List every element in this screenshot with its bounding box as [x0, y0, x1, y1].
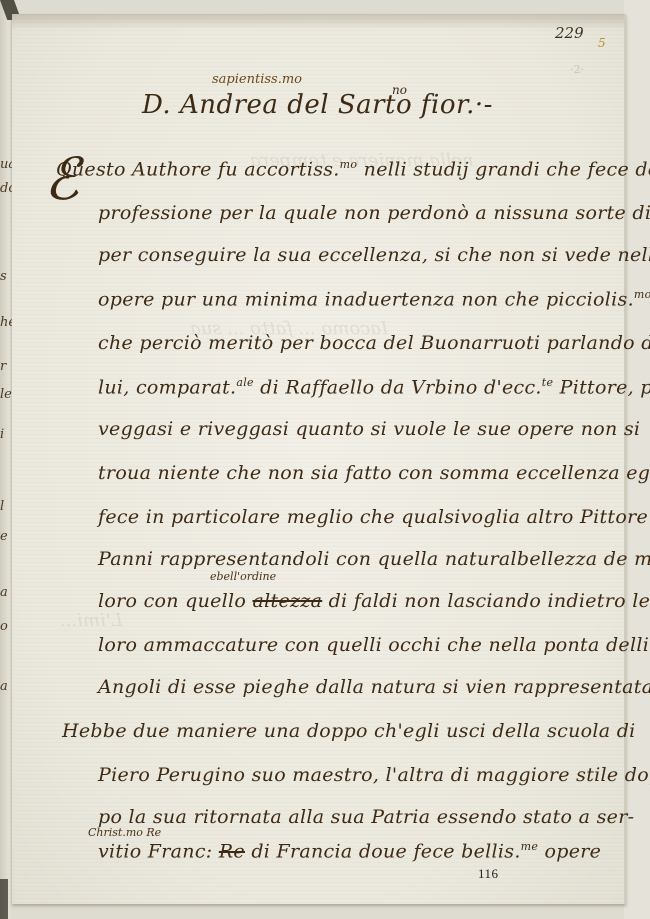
line-text: vitio Franc:	[98, 840, 212, 862]
line-text: lui, comparat.	[98, 376, 236, 398]
interlinear-insertion: Christ.mo Re	[88, 826, 161, 839]
line-text: opere	[538, 840, 601, 862]
text-line-8: troua niente che non sia fatto con somma…	[98, 462, 650, 484]
text-line-14: Hebbe due maniere una doppo ch'egli usci…	[62, 720, 636, 742]
text-line-16: po la sua ritornata alla sua Patria esse…	[98, 806, 634, 828]
line-text: opere pur una minima inaduertenza non ch…	[98, 288, 634, 310]
text-line-4: opere pur una minima inaduertenza non ch…	[98, 288, 650, 310]
text-line-3: per conseguire la sua eccellenza, si che…	[98, 244, 650, 266]
title-prefix: D.	[142, 90, 171, 120]
title-superscript: no	[392, 83, 407, 97]
margin-fragment: le	[0, 388, 12, 401]
line-text: fece in particolare meglio che qualsivog…	[98, 506, 650, 528]
margin-fragment: i	[0, 428, 4, 441]
text-line-10: Panni rappresentandoli con quella natura…	[98, 548, 650, 570]
line-text: Pittore, perche	[553, 376, 650, 398]
page-top-stain	[12, 14, 624, 30]
text-line-15: Piero Perugino suo maestro, l'altra di m…	[98, 764, 650, 786]
line-text: che perciò meritò per bocca del Buonarru…	[98, 332, 650, 354]
title-rest: del Sarto fior.	[287, 90, 475, 120]
text-line-7: veggasi e riveggasi quanto si vuole le s…	[98, 418, 640, 440]
margin-fragment: r	[0, 360, 6, 373]
line-text: troua niente che non sia fatto con somma…	[98, 462, 650, 484]
line-text: Panni rappresentandoli con quella natura…	[98, 548, 650, 570]
line-text: nelli studij grandi che fece della sua	[357, 158, 650, 180]
title-insertion: sapientiss.mo	[212, 72, 302, 87]
struck-word: Re	[219, 840, 245, 862]
line-text: di faldi non lasciando indietro le	[322, 590, 650, 612]
page-title: D. Andrea del Sarto fior.·-	[142, 90, 493, 120]
superscript: te	[542, 376, 554, 389]
text-line-1: Questo Authore fu accortiss.mo nelli stu…	[56, 158, 650, 180]
margin-fragment: o	[0, 620, 8, 633]
line-text: po la sua ritornata alla sua Patria esse…	[98, 806, 634, 828]
margin-fragment: e	[0, 530, 8, 543]
line-text: di Francia doue fece bellis.	[245, 840, 521, 862]
text-line-12: loro ammaccature con quelli occhi che ne…	[98, 634, 649, 656]
superscript: me	[521, 840, 539, 853]
text-line-6: lui, comparat.ale di Raffaello da Vrbino…	[98, 376, 650, 398]
bleed-through-text: L'imi...	[60, 610, 123, 631]
archive-stamp-number: 116	[478, 866, 499, 882]
line-text: professione per la quale non perdonò a n…	[98, 202, 650, 224]
text-line-17: vitio Franc: Re di Francia doue fece bel…	[98, 840, 601, 862]
margin-fragment: a	[0, 680, 8, 693]
text-line-11: loro con quello altezza di faldi non las…	[98, 590, 650, 612]
line-text: Piero Perugino suo maestro, l'altra di m…	[98, 764, 650, 786]
manuscript-scan: ua do s he r le i l e a o a nella manier…	[0, 0, 650, 919]
line-text: loro con quello	[98, 590, 246, 612]
interlinear-insertion: ebell'ordine	[210, 570, 276, 583]
title-suffix: ·-	[475, 90, 493, 120]
title-name: Andrea	[180, 90, 278, 120]
line-text: Questo Authore fu accortiss.	[56, 158, 340, 180]
text-line-5: che perciò meritò per bocca del Buonarru…	[98, 332, 650, 354]
margin-fragment: l	[0, 500, 4, 513]
line-text: per conseguire la sua eccellenza, si che…	[98, 244, 650, 266]
line-text: veggasi e riveggasi quanto si vuole le s…	[98, 418, 640, 440]
text-line-9: fece in particolare meglio che qualsivog…	[98, 506, 650, 528]
binding-shadow-bottom	[0, 879, 8, 919]
folio-alt-mark: 5	[598, 36, 606, 50]
superscript: ale	[236, 376, 254, 389]
struck-word: altezza	[253, 590, 323, 612]
superscript: mo	[340, 158, 358, 171]
line-text: Angoli di esse pieghe dalla natura si vi…	[98, 676, 650, 698]
text-line-2: professione per la quale non perdonò a n…	[98, 202, 650, 224]
superscript: mo	[634, 288, 650, 301]
margin-fragment: s	[0, 270, 7, 283]
line-text: Hebbe due maniere una doppo ch'egli usci…	[62, 720, 636, 742]
text-line-13: Angoli di esse pieghe dalla natura si vi…	[98, 676, 650, 698]
folio-number: 229	[555, 24, 584, 42]
faint-mark: ·2·	[570, 63, 584, 76]
margin-fragment: a	[0, 586, 8, 599]
line-text: di Raffaello da Vrbino d'ecc.	[254, 376, 542, 398]
line-text: loro ammaccature con quelli occhi che ne…	[98, 634, 649, 656]
previous-page-edge	[0, 0, 10, 919]
